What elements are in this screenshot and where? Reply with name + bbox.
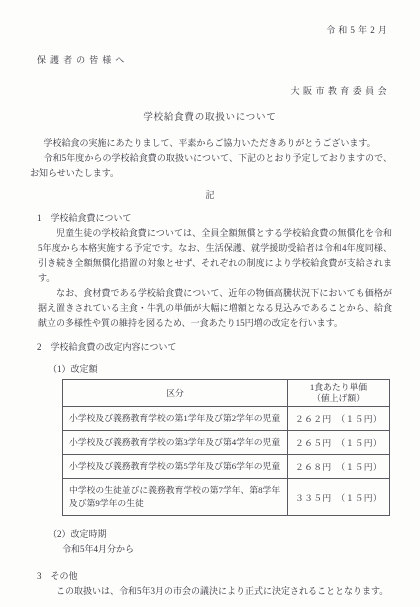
intro-block: 学校給食の実施にあたりまして、平素からご協力いただきありがとうございます。 令和… (30, 136, 392, 181)
category-cell: 小学校及び義務教育学校の第1学年及び第2学年の児童 (63, 407, 288, 431)
fee-table-header-row: 区分 1食あたり単価 （値上げ額） (63, 380, 390, 407)
recipient-line: 保護者の皆様へ (37, 54, 420, 67)
category-cell: 小学校及び義務教育学校の第5学年及び第6学年の児童 (63, 455, 288, 479)
section-1-heading: 1 学校給食費について (37, 211, 392, 225)
table-row: 中学校の生徒並びに義務教育学校の第7学年、第8学年及び第9学年の生徒 ３３５円 … (63, 479, 390, 516)
price-cell: ２６５円 （１５円） (288, 431, 390, 455)
category-column-header: 区分 (63, 380, 288, 407)
section-3-paragraph: この取扱いは、令和5年3月の市会の議決により正式に決定されることとなります。 (38, 584, 392, 599)
table-row: 小学校及び義務教育学校の第5学年及び第6学年の児童 ２６８円 （１５円） (63, 455, 390, 479)
section-1-paragraph-1: 児童生徒の学校給食費については、全員全額無償とする学校給食費の無償化を令和5年度… (38, 226, 392, 286)
sender-line: 大阪市教育委員会 (0, 85, 390, 98)
section-1-body: 児童生徒の学校給食費については、全員全額無償とする学校給食費の無償化を令和5年度… (38, 226, 392, 331)
document-page: 令和5年2月 保護者の皆様へ 大阪市教育委員会 学校給食費の取扱いについて 学校… (0, 0, 420, 607)
price-cell: ２６２円 （１５円） (288, 407, 390, 431)
record-marker: 記 (0, 188, 420, 202)
intro-paragraph-2: 令和5年度からの学校給食費の取扱いについて、下記のとおり予定しておりますので、お… (30, 151, 392, 181)
revision-time-label: （2）改定時期 (48, 527, 420, 541)
revision-time-value: 令和5年4月分から (62, 542, 420, 556)
price-cell: ３３５円 （１５円） (288, 479, 390, 516)
fee-table: 区分 1食あたり単価 （値上げ額） 小学校及び義務教育学校の第1学年及び第2学年… (62, 379, 390, 516)
document-title: 学校給食費の取扱いについて (0, 111, 420, 125)
section-1-paragraph-2: なお、食材費である学校給食費について、近年の物価高騰状況下においても価格が据え置… (38, 286, 392, 331)
document-date: 令和5年2月 (0, 24, 390, 37)
price-header-line-2: （値上げ額） (290, 393, 387, 404)
price-cell: ２６８円 （１５円） (288, 455, 390, 479)
revision-amount-label: （1）改定額 (48, 362, 420, 376)
category-cell: 中学校の生徒並びに義務教育学校の第7学年、第8学年及び第9学年の生徒 (63, 479, 288, 516)
price-column-header: 1食あたり単価 （値上げ額） (288, 380, 390, 407)
section-3-body: この取扱いは、令和5年3月の市会の議決により正式に決定されることとなります。 (38, 584, 392, 599)
intro-paragraph-1: 学校給食の実施にあたりまして、平素からご協力いただきありがとうございます。 (30, 136, 392, 151)
table-row: 小学校及び義務教育学校の第3学年及び第4学年の児童 ２６５円 （１５円） (63, 431, 390, 455)
section-3-heading: 3 その他 (37, 569, 392, 583)
table-row: 小学校及び義務教育学校の第1学年及び第2学年の児童 ２６２円 （１５円） (63, 407, 390, 431)
category-cell: 小学校及び義務教育学校の第3学年及び第4学年の児童 (63, 431, 288, 455)
section-2-heading: 2 学校給食費の改定内容について (37, 340, 392, 354)
price-header-line-1: 1食あたり単価 (290, 382, 387, 393)
